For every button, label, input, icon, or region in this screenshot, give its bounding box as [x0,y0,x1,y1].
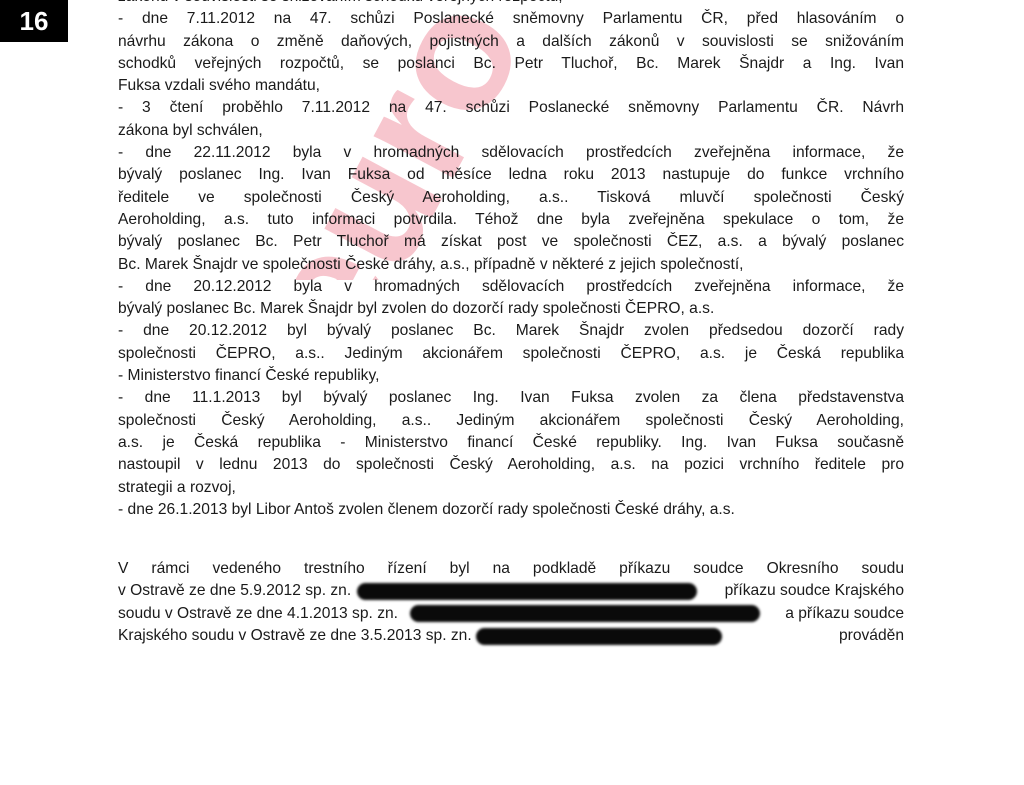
text-line: ředitele ve společnosti Český Aeroholdin… [118,187,904,209]
text-line: - dne 7.11.2012 na 47. schůzi Poslanecké… [118,8,904,30]
text-fragment: v Ostravě ze dne 5.9.2012 sp. zn. [118,580,351,602]
text-line: - Ministerstvo financí České republiky, [118,365,904,387]
text-line: - dne 22.11.2012 byla v hromadných sdělo… [118,142,904,164]
text-line: bývalý poslanec Ing. Ivan Fuksa od měsíc… [118,164,904,186]
text-line: a.s. je Česká republika - Ministerstvo f… [118,432,904,454]
text-line: - 3 čtení proběhlo 7.11.2012 na 47. schů… [118,97,904,119]
page-number-badge: 16 [0,0,68,42]
document-body: zákonů v souvislosti se snižováním schod… [118,0,904,647]
text-line: - dne 26.1.2013 byl Libor Antoš zvolen č… [118,499,904,521]
redaction-block [357,583,697,600]
text-line: zákona byl schválen, [118,120,904,142]
text-line: společnosti ČEPRO, a.s.. Jediným akcioná… [118,343,904,365]
text-line: schodků veřejných rozpočtů, se poslanci … [118,53,904,75]
text-line: Aeroholding, a.s. tuto informaci potvrdi… [118,209,904,231]
text-line: V rámci vedeného trestního řízení byl na… [118,558,904,580]
text-line: bývalý poslanec Bc. Petr Tluchoř má získ… [118,231,904,253]
text-line: nastoupil v lednu 2013 do společnosti Če… [118,454,904,476]
text-fragment: Krajského soudu v Ostravě ze dne 3.5.201… [118,625,472,647]
text-line: návrhu zákona o změně daňových, pojistný… [118,31,904,53]
text-fragment: a příkazu soudce [785,603,904,625]
text-line: - dne 20.12.2012 byla v hromadných sdělo… [118,276,904,298]
text-line: - dne 11.1.2013 byl bývalý poslanec Ing.… [118,387,904,409]
text-line: Bc. Marek Šnajdr ve společnosti České dr… [118,254,904,276]
text-line: Krajského soudu v Ostravě ze dne 3.5.201… [118,625,904,647]
text-line: společnosti Český Aeroholding, a.s.. Jed… [118,410,904,432]
text-line: zákonů v souvislosti se snižováním schod… [118,0,904,8]
text-fragment: soudu v Ostravě ze dne 4.1.2013 sp. zn. [118,603,398,625]
text-line: Fuksa vzdali svého mandátu, [118,75,904,97]
timeline-paragraph: zákonů v souvislosti se snižováním schod… [118,0,904,521]
redaction-block [476,628,722,645]
text-line: - dne 20.12.2012 byl bývalý poslanec Bc.… [118,320,904,342]
redaction-block [410,605,760,622]
text-line: strategii a rozvoj, [118,477,904,499]
text-line: bývalý poslanec Bc. Marek Šnajdr byl zvo… [118,298,904,320]
text-fragment: příkazu soudce Krajského [725,580,904,602]
text-line: soudu v Ostravě ze dne 4.1.2013 sp. zn. … [118,603,904,625]
text-line: v Ostravě ze dne 5.9.2012 sp. zn. příkaz… [118,580,904,602]
text-fragment: prováděn [839,625,904,647]
court-order-paragraph: V rámci vedeného trestního řízení byl na… [118,558,904,647]
